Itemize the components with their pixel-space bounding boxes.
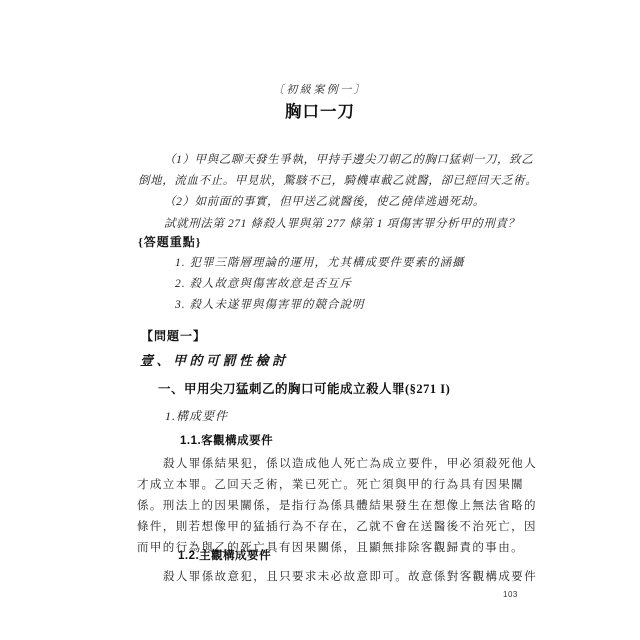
subjective-paragraph-line: 殺人罪係故意犯，且只要求未必故意即可。故意係對客觀構成要件 [137, 572, 569, 584]
case-label: 〔初級案例一〕 [0, 85, 640, 96]
objective-paragraph-line: 殺人罪係結果犯，係以造成他人死亡為成立要件，甲必須殺死他人 [137, 459, 569, 471]
problem-text-line: 試就刑法第 271 條殺人罪與第 277 條第 1 項傷害罪分析甲的刑責？ [138, 219, 574, 231]
point-1-2-heading: 1.2.主觀構成要件 [178, 551, 271, 563]
objective-paragraph-line: 係。刑法上的因果關係，是指行為係具體結果發生在想像上無法省略的 [137, 501, 543, 513]
subsection-heading: 一、甲用尖刀猛刺乙的胸口可能成立殺人罪(§271 I) [158, 383, 450, 396]
answer-key-item: 2. 殺人故意與傷害故意是否互斥 [175, 279, 352, 291]
page-title: 胸口一刀 [0, 104, 640, 121]
point-1-heading: 1.構成要件 [165, 410, 228, 422]
answer-key-item: 3. 殺人未遂罪與傷害罪的競合說明 [175, 300, 365, 312]
problem-text-line: （1）甲與乙聊天發生爭執，甲持手邊尖刀朝乙的胸口猛刺一刀，致乙 [138, 155, 574, 167]
answer-key-header: {答題重點} [138, 236, 201, 248]
objective-paragraph-line: 條件，則若想像甲的猛插行為不存在，乙就不會在送醫後不治死亡，因 [137, 522, 543, 534]
objective-paragraph-line: 才成立本罪。乙回天乏術，業已死亡。死亡須與甲的行為具有因果關 [137, 480, 543, 492]
page-number: 103 [503, 591, 518, 599]
problem-text-line: 倒地，流血不止。甲見狀，驚駭不已，騎機車載乙就醫，卻已經回天乏術。 [138, 176, 548, 188]
answer-key-item: 1. 犯罪三階層理論的運用，尤其構成要件要素的涵攝 [175, 258, 465, 270]
problem-text-line: （2）如前面的事實，但甲送乙就醫後，使乙僥倖逃過死劫。 [138, 197, 574, 209]
book-page: 〔初級案例一〕 胸口一刀 （1）甲與乙聊天發生爭執，甲持手邊尖刀朝乙的胸口猛刺一… [0, 0, 640, 640]
section-heading: 壹、甲的可罰性檢討 [140, 354, 289, 367]
point-1-1-heading: 1.1.客觀構成要件 [180, 436, 273, 448]
question-label: 【問題一】 [141, 330, 206, 342]
